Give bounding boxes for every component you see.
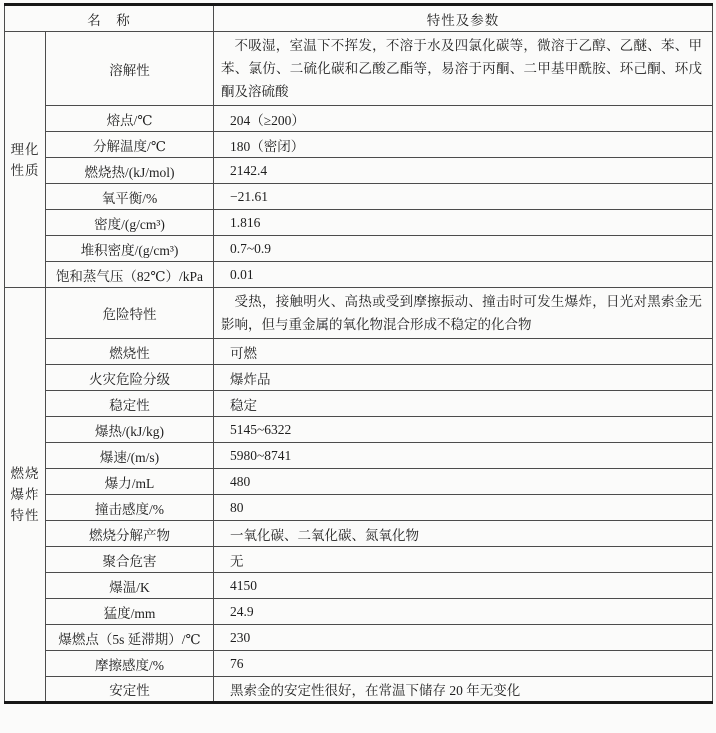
table-row: 饱和蒸气压（82℃）/kPa 0.01: [5, 262, 713, 288]
property-label: 聚合危害: [46, 547, 214, 573]
property-label: 火灾危险分级: [46, 365, 214, 391]
property-value: 1.816: [214, 210, 713, 236]
property-label: 稳定性: [46, 391, 214, 417]
property-label: 燃烧热/(kJ/mol): [46, 158, 214, 184]
property-value: 5145~6322: [214, 417, 713, 443]
property-label: 危险特性: [46, 288, 214, 339]
property-value: 204（≥200）: [214, 106, 713, 132]
header-params-col: 特性及参数: [214, 5, 713, 32]
property-label: 猛度/mm: [46, 599, 214, 625]
property-value: 一氧化碳、二氧化碳、氮氧化物: [214, 521, 713, 547]
property-label: 饱和蒸气压（82℃）/kPa: [46, 262, 214, 288]
header-name-col: 名 称: [5, 5, 214, 32]
property-value: 不吸湿，室温下不挥发，不溶于水及四氯化碳等，微溶于乙醇、乙醚、苯、甲苯、氯仿、二…: [214, 32, 713, 106]
properties-table: 名 称 特性及参数 理化 性质 溶解性 不吸湿，室温下不挥发，不溶于水及四氯化碳…: [4, 3, 713, 704]
property-value: 可燃: [214, 339, 713, 365]
property-value: 2142.4: [214, 158, 713, 184]
property-label: 撞击感度/%: [46, 495, 214, 521]
property-label: 分解温度/℃: [46, 132, 214, 158]
property-label: 爆力/mL: [46, 469, 214, 495]
table-row: 爆力/mL 480: [5, 469, 713, 495]
property-value: 80: [214, 495, 713, 521]
table-row: 燃烧分解产物 一氧化碳、二氧化碳、氮氧化物: [5, 521, 713, 547]
property-label: 爆热/(kJ/kg): [46, 417, 214, 443]
property-label: 爆燃点（5s 延滞期）/℃: [46, 625, 214, 651]
property-label: 爆速/(m/s): [46, 443, 214, 469]
property-value: −21.61: [214, 184, 713, 210]
table-row: 聚合危害 无: [5, 547, 713, 573]
table-row: 燃烧性 可燃: [5, 339, 713, 365]
property-label: 溶解性: [46, 32, 214, 106]
property-label: 氧平衡/%: [46, 184, 214, 210]
property-value: 0.7~0.9: [214, 236, 713, 262]
table-row: 理化 性质 溶解性 不吸湿，室温下不挥发，不溶于水及四氯化碳等，微溶于乙醇、乙醚…: [5, 32, 713, 106]
table-row: 安定性 黑索金的安定性很好，在常温下储存 20 年无变化: [5, 677, 713, 703]
table-row: 撞击感度/% 80: [5, 495, 713, 521]
header-row: 名 称 特性及参数: [5, 5, 713, 32]
table-row: 摩擦感度/% 76: [5, 651, 713, 677]
table-row: 堆积密度/(g/cm³) 0.7~0.9: [5, 236, 713, 262]
property-value: 受热，接触明火、高热或受到摩擦振动、撞击时可发生爆炸，日光对黑索金无影响，但与重…: [214, 288, 713, 339]
property-label: 爆温/K: [46, 573, 214, 599]
property-label: 燃烧性: [46, 339, 214, 365]
table-row: 火灾危险分级 爆炸品: [5, 365, 713, 391]
property-value: 爆炸品: [214, 365, 713, 391]
table-row: 燃烧热/(kJ/mol) 2142.4: [5, 158, 713, 184]
property-label: 燃烧分解产物: [46, 521, 214, 547]
table-row: 爆热/(kJ/kg) 5145~6322: [5, 417, 713, 443]
table-row: 爆温/K 4150: [5, 573, 713, 599]
table-row: 猛度/mm 24.9: [5, 599, 713, 625]
property-value: 黑索金的安定性很好，在常温下储存 20 年无变化: [214, 677, 713, 703]
property-value: 5980~8741: [214, 443, 713, 469]
property-label: 堆积密度/(g/cm³): [46, 236, 214, 262]
table-row: 爆燃点（5s 延滞期）/℃ 230: [5, 625, 713, 651]
property-value: 230: [214, 625, 713, 651]
property-value: 76: [214, 651, 713, 677]
property-value: 无: [214, 547, 713, 573]
property-value: 180（密闭）: [214, 132, 713, 158]
property-label: 熔点/℃: [46, 106, 214, 132]
scanned-document-page: 名 称 特性及参数 理化 性质 溶解性 不吸湿，室温下不挥发，不溶于水及四氯化碳…: [0, 0, 716, 733]
table-row: 氧平衡/% −21.61: [5, 184, 713, 210]
table-row: 密度/(g/cm³) 1.816: [5, 210, 713, 236]
table-row: 爆速/(m/s) 5980~8741: [5, 443, 713, 469]
property-label: 摩擦感度/%: [46, 651, 214, 677]
property-value: 0.01: [214, 262, 713, 288]
property-label: 密度/(g/cm³): [46, 210, 214, 236]
property-value: 24.9: [214, 599, 713, 625]
table-row: 稳定性 稳定: [5, 391, 713, 417]
property-label: 安定性: [46, 677, 214, 703]
property-value: 4150: [214, 573, 713, 599]
group-label-combustion-explosion: 燃烧 爆炸 特性: [5, 288, 46, 703]
property-value: 稳定: [214, 391, 713, 417]
table-row: 燃烧 爆炸 特性 危险特性 受热，接触明火、高热或受到摩擦振动、撞击时可发生爆炸…: [5, 288, 713, 339]
property-value: 480: [214, 469, 713, 495]
group-label-physicochemical: 理化 性质: [5, 32, 46, 288]
table-row: 熔点/℃ 204（≥200）: [5, 106, 713, 132]
table-row: 分解温度/℃ 180（密闭）: [5, 132, 713, 158]
